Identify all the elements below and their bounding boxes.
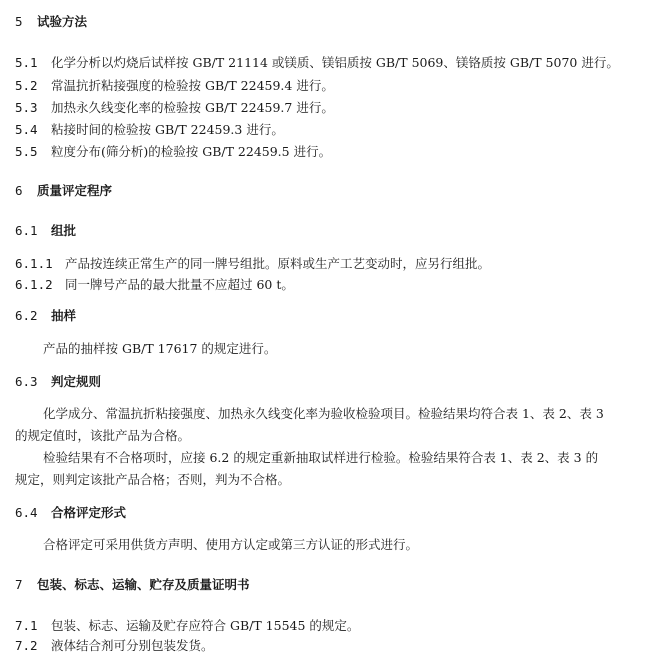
clause-5-1: 5.1化学分析以灼烧后试样按 GB/T 21114 或镁质、镁铝质按 GB/T … [15, 55, 619, 71]
clause-7-1: 7.1包装、标志、运输及贮存应符合 GB/T 15545 的规定。 [15, 618, 359, 634]
subsection-title: 抽样 [51, 308, 76, 323]
clause-text: 化学分析以灼烧后试样按 GB/T 21114 或镁质、镁铝质按 GB/T 506… [51, 55, 619, 70]
section-6-heading: 6质量评定程序 [15, 183, 112, 199]
clause-5-4: 5.4粘接时间的检验按 GB/T 22459.3 进行。 [15, 122, 284, 138]
section-title: 试验方法 [37, 14, 87, 29]
clause-5-2: 5.2常温抗折粘接强度的检验按 GB/T 22459.4 进行。 [15, 78, 334, 94]
clause-text: 同一牌号产品的最大批量不应超过 60 t。 [65, 277, 294, 292]
paragraph-6-4: 合格评定可采用供货方声明、使用方认定或第三方认证的形式进行。 [43, 537, 418, 553]
paragraph-6-3-2-line-1: 检验结果有不合格项时，应接 6.2 的规定重新抽取试样进行检验。检验结果符合表 … [43, 450, 598, 466]
paragraph-6-3-1-line-1: 化学成分、常温抗折粘接强度、加热永久线变化率为验收检验项目。检验结果均符合表 1… [43, 406, 604, 422]
clause-5-3: 5.3加热永久线变化率的检验按 GB/T 22459.7 进行。 [15, 100, 334, 116]
clause-5-5: 5.5粒度分布(筛分析)的检验按 GB/T 22459.5 进行。 [15, 144, 331, 160]
section-number: 6 [15, 183, 37, 199]
clause-text: 粒度分布(筛分析)的检验按 GB/T 22459.5 进行。 [51, 144, 331, 159]
section-title: 质量评定程序 [37, 183, 112, 198]
section-7-heading: 7包装、标志、运输、贮存及质量证明书 [15, 577, 250, 593]
subsection-6-4-heading: 6.4合格评定形式 [15, 505, 126, 521]
clause-number: 5.3 [15, 100, 51, 116]
clause-number: 7.2 [15, 638, 51, 653]
clause-number: 5.2 [15, 78, 51, 94]
paragraph-6-2: 产品的抽样按 GB/T 17617 的规定进行。 [43, 341, 276, 357]
subsection-number: 6.1 [15, 223, 51, 239]
paragraph-6-3-1-line-2: 的规定值时，该批产品为合格。 [15, 428, 190, 444]
clause-number: 5.1 [15, 55, 51, 71]
clause-text: 粘接时间的检验按 GB/T 22459.3 进行。 [51, 122, 284, 137]
clause-number: 6.1.2 [15, 277, 65, 293]
subsection-title: 组批 [51, 223, 76, 238]
clause-7-2: 7.2液体结合剂可分别包装发货。 [15, 638, 214, 653]
clause-number: 6.1.1 [15, 256, 65, 272]
subsection-number: 6.3 [15, 374, 51, 390]
clause-text: 加热永久线变化率的检验按 GB/T 22459.7 进行。 [51, 100, 334, 115]
clause-text: 常温抗折粘接强度的检验按 GB/T 22459.4 进行。 [51, 78, 334, 93]
clause-number: 5.4 [15, 122, 51, 138]
section-number: 7 [15, 577, 37, 593]
subsection-6-1-heading: 6.1组批 [15, 223, 76, 239]
clause-number: 7.1 [15, 618, 51, 634]
subsection-title: 判定规则 [51, 374, 101, 389]
subsection-6-2-heading: 6.2抽样 [15, 308, 76, 324]
clause-text: 产品按连续正常生产的同一牌号组批。原料或生产工艺变动时，应另行组批。 [65, 256, 490, 271]
paragraph-6-3-2-line-2: 规定，则判定该批产品合格；否则，判为不合格。 [15, 472, 290, 488]
subsection-number: 6.4 [15, 505, 51, 521]
clause-text: 液体结合剂可分别包装发货。 [51, 638, 214, 653]
clause-6-1-2: 6.1.2同一牌号产品的最大批量不应超过 60 t。 [15, 277, 294, 293]
subsection-title: 合格评定形式 [51, 505, 126, 520]
subsection-number: 6.2 [15, 308, 51, 324]
clause-text: 包装、标志、运输及贮存应符合 GB/T 15545 的规定。 [51, 618, 359, 633]
section-5-heading: 5试验方法 [15, 14, 87, 30]
subsection-6-3-heading: 6.3判定规则 [15, 374, 101, 390]
clause-6-1-1: 6.1.1产品按连续正常生产的同一牌号组批。原料或生产工艺变动时，应另行组批。 [15, 256, 490, 272]
section-title: 包装、标志、运输、贮存及质量证明书 [37, 577, 250, 592]
section-number: 5 [15, 14, 37, 30]
clause-number: 5.5 [15, 144, 51, 160]
